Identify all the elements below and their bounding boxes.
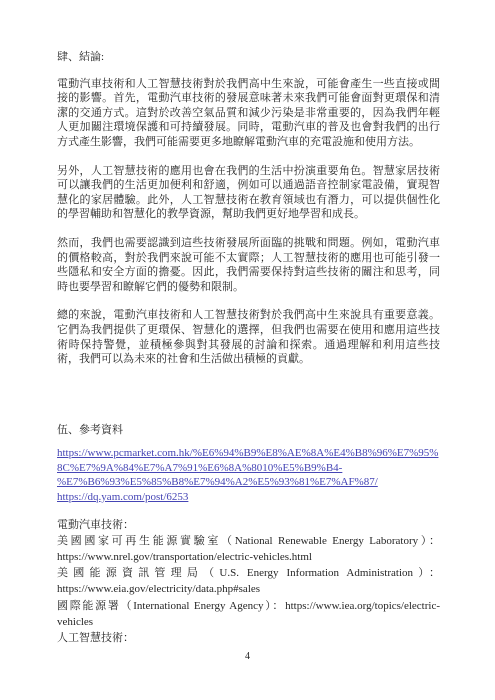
reference-item-iea: 國際能源署（International Energy Agency）：https… — [57, 598, 440, 630]
reference-list: 電動汽車技術： 美國國家可再生能源實驗室（National Renewable … — [57, 517, 440, 647]
document-page: 肆、結論: 電動汽車技術和人工智慧技術對於我們高中生來說，可能會產生一些直接或間… — [0, 0, 495, 700]
reference-item-eia: 美國能源資訊管理局（U.S. Energy Information Admini… — [57, 565, 440, 597]
reference-link-dqyam[interactable]: https://dq.yam.com/post/6253 — [57, 490, 440, 505]
reference-item-nrel: 美國國家可再生能源實驗室（National Renewable Energy L… — [57, 533, 440, 565]
ai-tech-label: 人工智慧技術： — [57, 630, 440, 646]
page-number: 4 — [0, 650, 495, 664]
reference-links: https://www.pcmarket.com.hk/%E6%94%B9%E8… — [57, 446, 440, 504]
reference-link-pcmarket[interactable]: https://www.pcmarket.com.hk/%E6%94%B9%E8… — [57, 446, 440, 490]
page-content: 肆、結論: 電動汽車技術和人工智慧技術對於我們高中生來說，可能會產生一些直接或間… — [0, 0, 495, 646]
references-heading: 伍、參考資料 — [57, 423, 440, 438]
conclusion-heading: 肆、結論: — [57, 50, 440, 65]
conclusion-paragraph: 然而，我們也需要認識到這些技術發展所面臨的挑戰和問題。例如，電動汽車的價格較高，… — [57, 236, 440, 294]
conclusion-paragraph: 另外，人工智慧技術的應用也會在我們的生活中扮演重要角色。智慧家居技術可以讓我們的… — [57, 164, 440, 222]
conclusion-paragraph: 總的來說，電動汽車技術和人工智慧技術對於我們高中生來說具有重要意義。它們為我們提… — [57, 308, 440, 366]
ev-tech-label: 電動汽車技術： — [57, 517, 440, 533]
conclusion-paragraph: 電動汽車技術和人工智慧技術對於我們高中生來說，可能會產生一些直接或間接的影響。首… — [57, 77, 440, 150]
